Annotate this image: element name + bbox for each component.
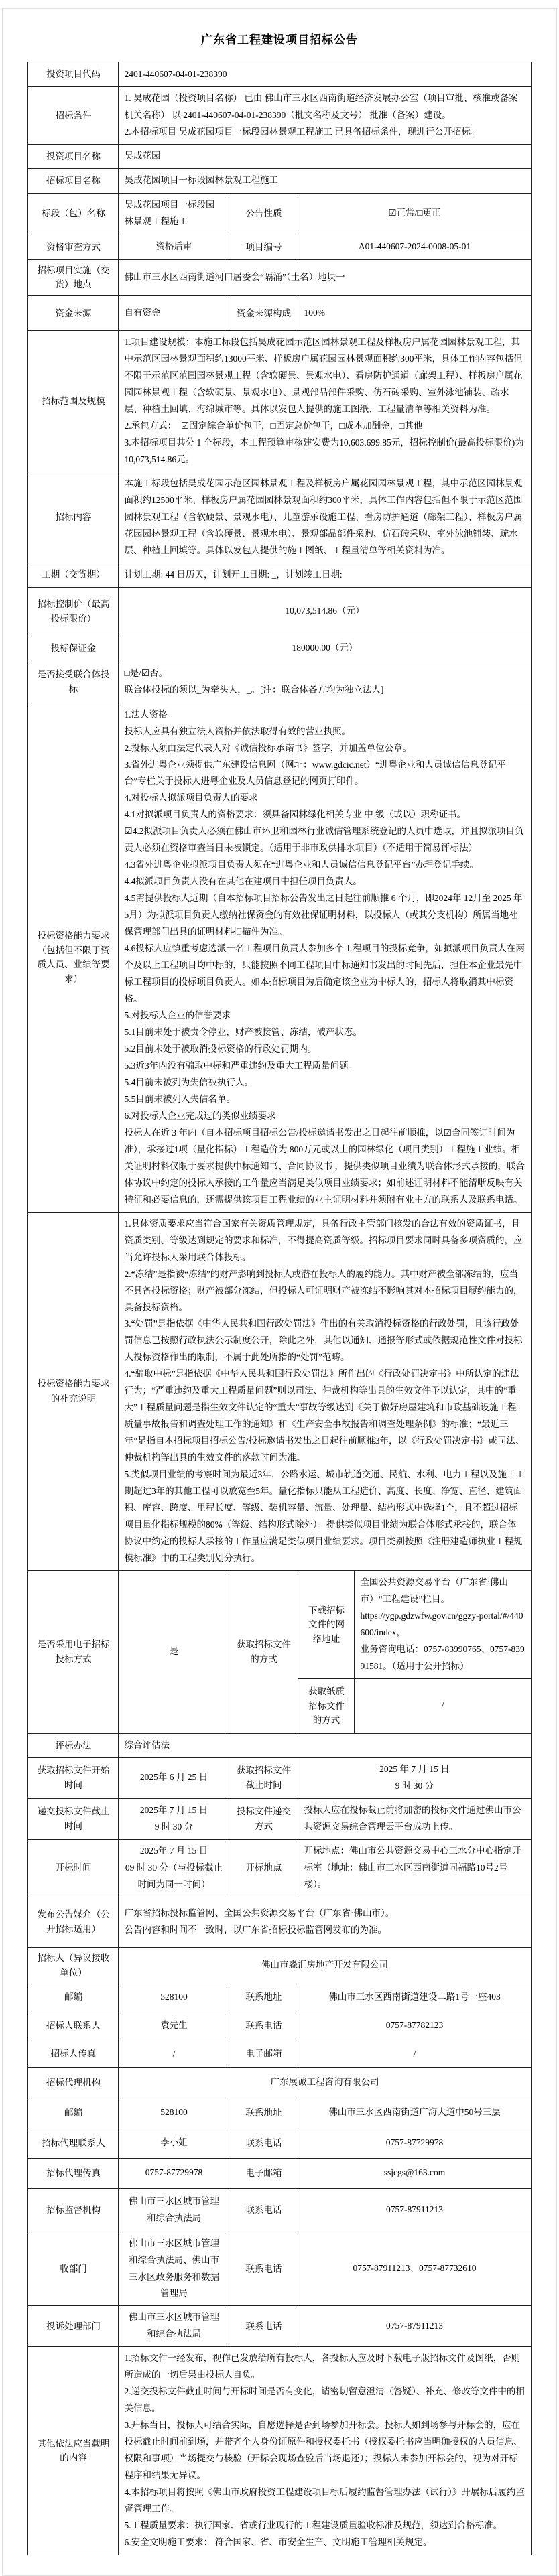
- open-place-label: 开标地点: [229, 1839, 298, 1897]
- page-title: 广东省工程建设项目招标公告: [3, 30, 556, 47]
- row-supervisor: 招标监督机构 佛山市三水区城市管理和综合执法局 联系电话 0757-879112…: [28, 2188, 531, 2232]
- electronic-value: 是: [119, 1571, 229, 1734]
- funding-composition-value: 100%: [298, 296, 531, 331]
- funding-composition-label: 资金来源构成: [229, 296, 298, 331]
- notice-nature-label: 公告性质: [229, 193, 298, 234]
- postcode1-value: 528100: [119, 1984, 229, 2011]
- row-postcode1: 邮编 528100 联系地址 佛山市三水区西南街道建设二路1号一座403: [28, 1984, 531, 2011]
- row-control-price: 招标控制价（最高投标限价） 10,073,514.86（元）: [28, 587, 531, 636]
- media-value: 广东省招标投标监管网、全国公共资源交易平台（广东省·佛山市）。 公告内容和时间不…: [119, 1897, 531, 1947]
- fax2-value: 0757-87729978: [119, 2158, 229, 2188]
- address2-label: 联系地址: [229, 2098, 298, 2128]
- row-duration: 工期（交货期） 计划工期: 44 日历天，计划开工日期: _，计划竣工日期:: [28, 563, 531, 587]
- open-time-label: 开标时间: [28, 1839, 119, 1897]
- submit-method-value: 投标人应在投标截止前将加密的投标文件通过佛山市公共资源交易综合管理云平台成功上传…: [298, 1798, 531, 1839]
- email1-value: /: [298, 2041, 531, 2067]
- agency-value: 广东展诚工程咨询有限公司: [119, 2067, 531, 2098]
- phone1-label: 联系电话: [229, 2011, 298, 2041]
- control-price-label: 招标控制价（最高投标限价）: [28, 587, 119, 636]
- row-tenderer: 招标人（异议接收单位） 佛山市淼汇房地产开发有限公司: [28, 1947, 531, 1984]
- control-price-value: 10,073,514.86（元）: [119, 587, 531, 636]
- row-media: 发布公告媒介（公开招标适用） 广东省招标投标监管网、全国公共资源交易平台（广东省…: [28, 1897, 531, 1947]
- phone1-value: 0757-87782123: [298, 2011, 531, 2041]
- content-label: 招标内容: [28, 472, 119, 563]
- email2-label: 电子邮箱: [229, 2158, 298, 2188]
- media-label: 发布公告媒介（公开招标适用）: [28, 1897, 119, 1947]
- postcode2-value: 528100: [119, 2098, 229, 2128]
- invest-name-value: 昊成花园: [119, 144, 531, 168]
- postcode2-label: 邮编: [28, 2098, 119, 2128]
- qualification-req-value: 1.法人资格 投标人应具有独立法人资格并依法取得有效的营业执照。 2.投标人须由…: [119, 703, 531, 1212]
- email2-value: ssjcgs@163.com: [298, 2158, 531, 2188]
- section-name-label: 标段（包）名称: [28, 193, 119, 234]
- supervisor-label: 招标监督机构: [28, 2188, 119, 2232]
- row-qualification-review: 资格审查方式 资格后审 项目编号 A01-440607-2024-0008-05…: [28, 234, 531, 259]
- phone3-value: 0757-87911213: [298, 2188, 531, 2232]
- duration-label: 工期（交货期）: [28, 563, 119, 587]
- section-name-value: 昊成花园项目一标段园林景观工程施工: [119, 193, 229, 234]
- paper-value: /: [355, 1678, 531, 1733]
- doc-start-label: 获取招标文件开始时间: [28, 1757, 119, 1798]
- consortium-value: □是/☑否。 联合体投标的须以_为牵头人，_。[注：联合体各方均为独立法人]: [119, 661, 531, 703]
- row-fax1: 招标人传真 / 电子邮箱 /: [28, 2041, 531, 2067]
- other-value: 1.招标文件一经发布，视作已发放给所有投标人，各投标人应及时下载电子版招标文件及…: [119, 2347, 531, 2555]
- bid-bond-value: 180000.00（元）: [119, 636, 531, 661]
- agency-label: 招标代理机构: [28, 2067, 119, 2098]
- download-label: 下载招标文件的网络地址: [298, 1571, 355, 1679]
- postcode1-label: 邮编: [28, 1984, 119, 2011]
- phone5-value: 0757-87911213: [298, 2306, 531, 2347]
- row-tender-name: 招标项目名称 昊成花园项目一标段园林景观工程施工: [28, 168, 531, 193]
- bid-conditions-label: 招标条件: [28, 87, 119, 145]
- phone5-label: 联系电话: [229, 2306, 298, 2347]
- download-value: 全国公共资源交易平台（广东省·佛山市）“工程建设”栏目。 https://ygp…: [355, 1571, 531, 1679]
- notice-nature-value: ☑正常/□更正: [298, 193, 531, 234]
- row-postcode2: 邮编 528100 联系地址 佛山市三水区西南街道广海大道中50号三层: [28, 2098, 531, 2128]
- invest-code-label: 投资项目代码: [28, 62, 119, 87]
- doc-end-label: 获取招标文件截止时间: [229, 1757, 298, 1798]
- project-no-label: 项目编号: [229, 234, 298, 259]
- submit-deadline-value: 2025年 7 月 15 日 9 时 30 分: [119, 1798, 229, 1839]
- row-contact1: 招标人联系人 袁先生 联系电话 0757-87782123: [28, 2011, 531, 2041]
- fax1-label: 招标人传真: [28, 2041, 119, 2067]
- address2-value: 佛山市三水区西南街道广海大道中50号三层: [298, 2098, 531, 2128]
- project-no-value: A01-440607-2024-0008-05-01: [298, 234, 531, 259]
- contact1-label: 招标人联系人: [28, 2011, 119, 2041]
- qualification-review-label: 资格审查方式: [28, 234, 119, 259]
- scope-label: 招标范围及规模: [28, 331, 119, 472]
- invest-code-value: 2401-440607-04-01-238390: [119, 62, 531, 87]
- phone2-value: 0757-87729978: [298, 2128, 531, 2158]
- tenderer-value: 佛山市淼汇房地产开发有限公司: [119, 1947, 531, 1984]
- funding-value: 自有资金: [119, 296, 229, 331]
- paper-label: 获取纸质招标文件的方式: [298, 1678, 355, 1733]
- other-label: 其他依法应当载明的内容: [28, 2347, 119, 2555]
- row-evaluation: 评标办法 综合评估法: [28, 1733, 531, 1757]
- doc-start-value: 2025年 6 月 25 日: [119, 1757, 229, 1798]
- duration-value: 计划工期: 44 日历天，计划开工日期: _，计划竣工日期:: [119, 563, 531, 587]
- row-bid-conditions: 招标条件 1. 昊成花园（投资项目名称） 已由 佛山市三水区西南街道经济发展办公…: [28, 87, 531, 145]
- scope-value: 1.项目建设规模：本施工标段包括昊成花园示范区园林景观工程及样板房户属花园园林景…: [119, 331, 531, 472]
- row-location: 招标项目实施（交货）地点 佛山市三水区西南街道河口居委会“隔涌”（土名）地块一: [28, 259, 531, 295]
- submit-deadline-label: 递交投标文件截止时间: [28, 1798, 119, 1839]
- fax2-label: 招标代理传真: [28, 2158, 119, 2188]
- receive-dept-value: 佛山市三水区城市管理和综合执法局、佛山市三水区政务服务和数据管理局: [119, 2232, 229, 2306]
- row-consortium: 是否接受联合体投标 □是/☑否。 联合体投标的须以_为牵头人，_。[注：联合体各…: [28, 661, 531, 703]
- phone2-label: 联系电话: [229, 2128, 298, 2158]
- obtain-method-label: 获取招标文件的方式: [229, 1571, 298, 1734]
- contact2-label: 招标代理联系人: [28, 2128, 119, 2158]
- row-scope: 招标范围及规模 1.项目建设规模：本施工标段包括昊成花园示范区园林景观工程及样板…: [28, 331, 531, 472]
- row-qualification-supplement: 投标资格能力要求的补充说明 1.具体资质要求应当符合国家有关资质管理规定，具备行…: [28, 1212, 531, 1570]
- row-receive-dept: 收部门 佛山市三水区城市管理和综合执法局、佛山市三水区政务服务和数据管理局 联系…: [28, 2232, 531, 2306]
- electronic-label: 是否采用电子招标投标方式: [28, 1571, 119, 1734]
- location-value: 佛山市三水区西南街道河口居委会“隔涌”（土名）地块一: [119, 259, 531, 295]
- row-other: 其他依法应当载明的内容 1.招标文件一经发布，视作已发放给所有投标人，各投标人应…: [28, 2347, 531, 2555]
- announcement-table: 投资项目代码 2401-440607-04-01-238390 招标条件 1. …: [27, 62, 531, 2555]
- phone3-label: 联系电话: [229, 2188, 298, 2232]
- bid-bond-label: 投标保证金: [28, 636, 119, 661]
- phone4-label: 联系电话: [229, 2232, 298, 2306]
- row-doc-times: 获取招标文件开始时间 2025年 6 月 25 日 获取招标文件截止时间 202…: [28, 1757, 531, 1798]
- doc-end-value: 2025 年 7 月 15 日 9 时 30 分: [298, 1757, 531, 1798]
- location-label: 招标项目实施（交货）地点: [28, 259, 119, 295]
- tender-name-label: 招标项目名称: [28, 168, 119, 193]
- complaint-dept-value: 佛山市三水区城市管理和综合执法局: [119, 2306, 229, 2347]
- open-time-value: 2025年 7 月 15 日 09 时 30 分（与投标截止时间为同一时间）: [119, 1839, 229, 1897]
- bid-conditions-value: 1. 昊成花园（投资项目名称） 已由 佛山市三水区西南街道经济发展办公室（项目审…: [119, 87, 531, 145]
- tenderer-label: 招标人（异议接收单位）: [28, 1947, 119, 1984]
- row-section-nature: 标段（包）名称 昊成花园项目一标段园林景观工程施工 公告性质 ☑正常/□更正: [28, 193, 531, 234]
- submit-method-label: 投标文件递交方式: [229, 1798, 298, 1839]
- row-content: 招标内容 本施工标段包括昊成花园示范区园林景观工程及样板房户属花园园林景观工程，…: [28, 472, 531, 563]
- row-agency: 招标代理机构 广东展诚工程咨询有限公司: [28, 2067, 531, 2098]
- evaluation-label: 评标办法: [28, 1733, 119, 1757]
- row-contact2: 招标代理联系人 李小姐 联系电话 0757-87729978: [28, 2128, 531, 2158]
- row-electronic-download: 是否采用电子招标投标方式 是 获取招标文件的方式 下载招标文件的网络地址 全国公…: [28, 1571, 531, 1679]
- row-opening: 开标时间 2025年 7 月 15 日 09 时 30 分（与投标截止时间为同一…: [28, 1839, 531, 1897]
- open-place-value: 开标地点：佛山市公共资源交易中心三水分中心指定开标室（地址：佛山市三水区西南街道…: [298, 1839, 531, 1897]
- contact2-value: 李小姐: [119, 2128, 229, 2158]
- qualification-review-value: 资格后审: [119, 234, 229, 259]
- row-funding: 资金来源 自有资金 资金来源构成 100%: [28, 296, 531, 331]
- address1-value: 佛山市三水区西南街道建设二路1号一座403: [298, 1984, 531, 2011]
- content-value: 本施工标段包括昊成花园示范区园林景观工程及样板房户属花园园林景观工程，其中示范区…: [119, 472, 531, 563]
- announcement-page: 广东省工程建设项目招标公告 投资项目代码 2401-440607-04-01-2…: [2, 8, 557, 2576]
- phone4-value: 0757-87911213、0757-87732610: [298, 2232, 531, 2306]
- row-bid-bond: 投标保证金 180000.00（元）: [28, 636, 531, 661]
- tender-name-value: 昊成花园项目一标段园林景观工程施工: [119, 168, 531, 193]
- funding-label: 资金来源: [28, 296, 119, 331]
- row-invest-name: 投资项目名称 昊成花园: [28, 144, 531, 168]
- complaint-dept-label: 投诉处理部门: [28, 2306, 119, 2347]
- row-complaint-dept: 投诉处理部门 佛山市三水区城市管理和综合执法局 联系电话 0757-879112…: [28, 2306, 531, 2347]
- receive-dept-label: 收部门: [28, 2232, 119, 2306]
- row-invest-code: 投资项目代码 2401-440607-04-01-238390: [28, 62, 531, 87]
- fax1-value: /: [119, 2041, 229, 2067]
- row-submit: 递交投标文件截止时间 2025年 7 月 15 日 9 时 30 分 投标文件递…: [28, 1798, 531, 1839]
- qualification-req-label: 投标资格能力要求（包括但不限于资质人员、业绩等要求）: [28, 703, 119, 1212]
- row-qualification-req: 投标资格能力要求（包括但不限于资质人员、业绩等要求） 1.法人资格 投标人应具有…: [28, 703, 531, 1212]
- row-fax2: 招标代理传真 0757-87729978 电子邮箱 ssjcgs@163.com: [28, 2158, 531, 2188]
- evaluation-value: 综合评估法: [119, 1733, 531, 1757]
- consortium-label: 是否接受联合体投标: [28, 661, 119, 703]
- qualification-supplement-label: 投标资格能力要求的补充说明: [28, 1212, 119, 1570]
- contact1-value: 袁先生: [119, 2011, 229, 2041]
- invest-name-label: 投资项目名称: [28, 144, 119, 168]
- qualification-supplement-value: 1.具体资质要求应当符合国家有关资质管理规定，具备行政主管部门核发的合法有效的资…: [119, 1212, 531, 1570]
- supervisor-value: 佛山市三水区城市管理和综合执法局: [119, 2188, 229, 2232]
- email1-label: 电子邮箱: [229, 2041, 298, 2067]
- address1-label: 联系地址: [229, 1984, 298, 2011]
